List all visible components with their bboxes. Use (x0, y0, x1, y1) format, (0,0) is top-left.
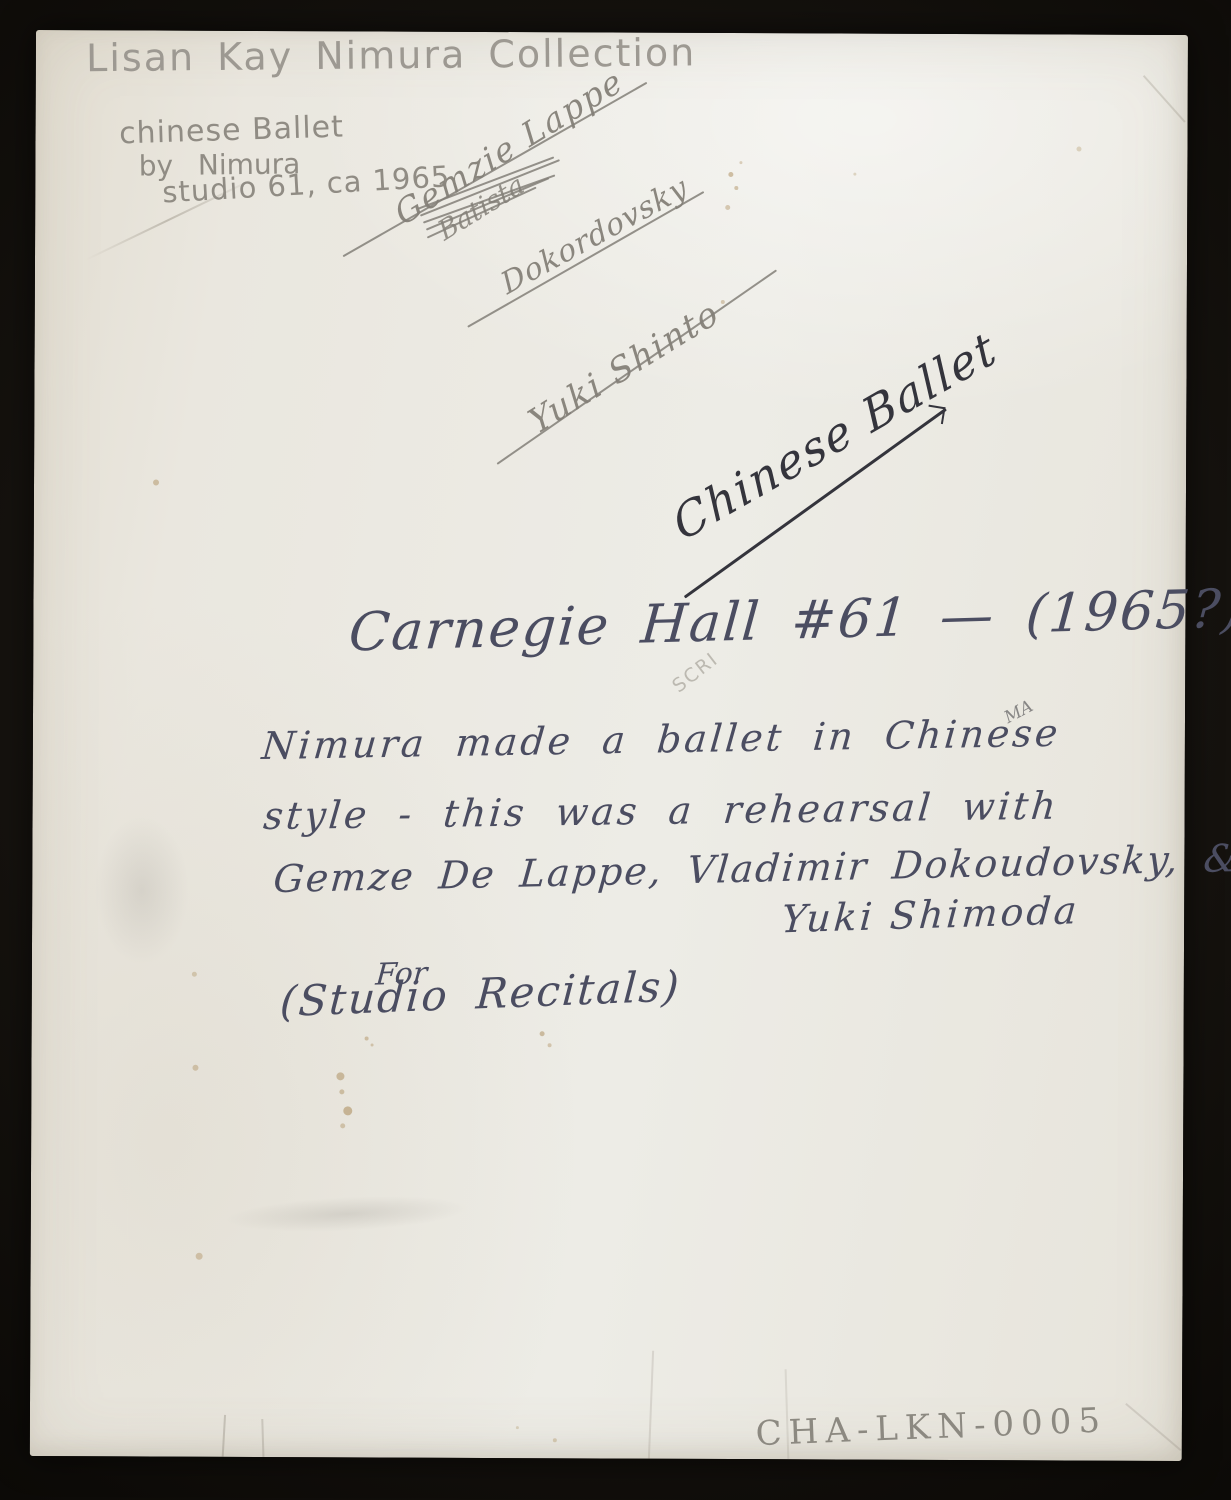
ink-underline-arrowhead (926, 405, 946, 425)
stain-spot (192, 972, 197, 977)
note-line-3: Gemze De Lappe, Vladimir Dokoudovsky, & (272, 836, 1231, 901)
recital-note: (Studio Recitals) (279, 961, 683, 1026)
embossed-stamp: SCRI (668, 648, 723, 697)
pencil-caption-title: chinese Ballet (119, 109, 345, 151)
stain-spot (1076, 147, 1081, 152)
stain-spot (721, 300, 725, 304)
stain-spot (153, 480, 159, 486)
stain-spot (728, 172, 733, 177)
note-line-4: Yuki Shimoda (780, 888, 1081, 941)
crease-bottom-right (1126, 1403, 1182, 1451)
venue-inscription: Carnegie Hall #61 — (1965?) (347, 578, 1231, 663)
note-line-2: style - this was a rehearsal with (262, 784, 1061, 838)
stain-spot (365, 1036, 369, 1040)
photo-verso-paper: Lisan Kay Nimura Collection chinese Ball… (30, 30, 1188, 1461)
edge-smudge (94, 815, 190, 965)
stain-spot (548, 1043, 552, 1047)
catalog-number: CHA-LKN-0005 (755, 1400, 1108, 1454)
strike-line-4 (497, 269, 777, 464)
stain-spot (371, 1043, 374, 1046)
crossed-out-name-4: Yuki Shinto (522, 293, 726, 443)
scan-background: Lisan Kay Nimura Collection chinese Ball… (0, 0, 1231, 1500)
stain-spot (725, 205, 730, 210)
note-line-1: Nimura made a ballet in Chinese (260, 711, 1062, 768)
stain-spot (516, 1426, 519, 1429)
stain-spot (540, 1031, 545, 1036)
ink-title: Chinese Ballet (665, 320, 1005, 551)
stain-spot (553, 1438, 557, 1442)
crease-bottom-left-1 (222, 1415, 226, 1457)
crease-bottom-left-2 (261, 1419, 264, 1457)
stain-spot (336, 1072, 344, 1080)
stain-spot (343, 1106, 352, 1115)
stain-spot (192, 1065, 198, 1071)
crease-top-right-corner (1143, 75, 1185, 122)
stain-spot (734, 186, 738, 190)
stain-spot (196, 1253, 203, 1260)
pencil-smudge (224, 1191, 470, 1237)
stain-spot (339, 1089, 344, 1094)
stain-spot (340, 1123, 345, 1128)
crease-bottom-middle-1 (648, 1351, 654, 1459)
stain-spot (853, 173, 856, 176)
stain-spot (739, 161, 742, 164)
